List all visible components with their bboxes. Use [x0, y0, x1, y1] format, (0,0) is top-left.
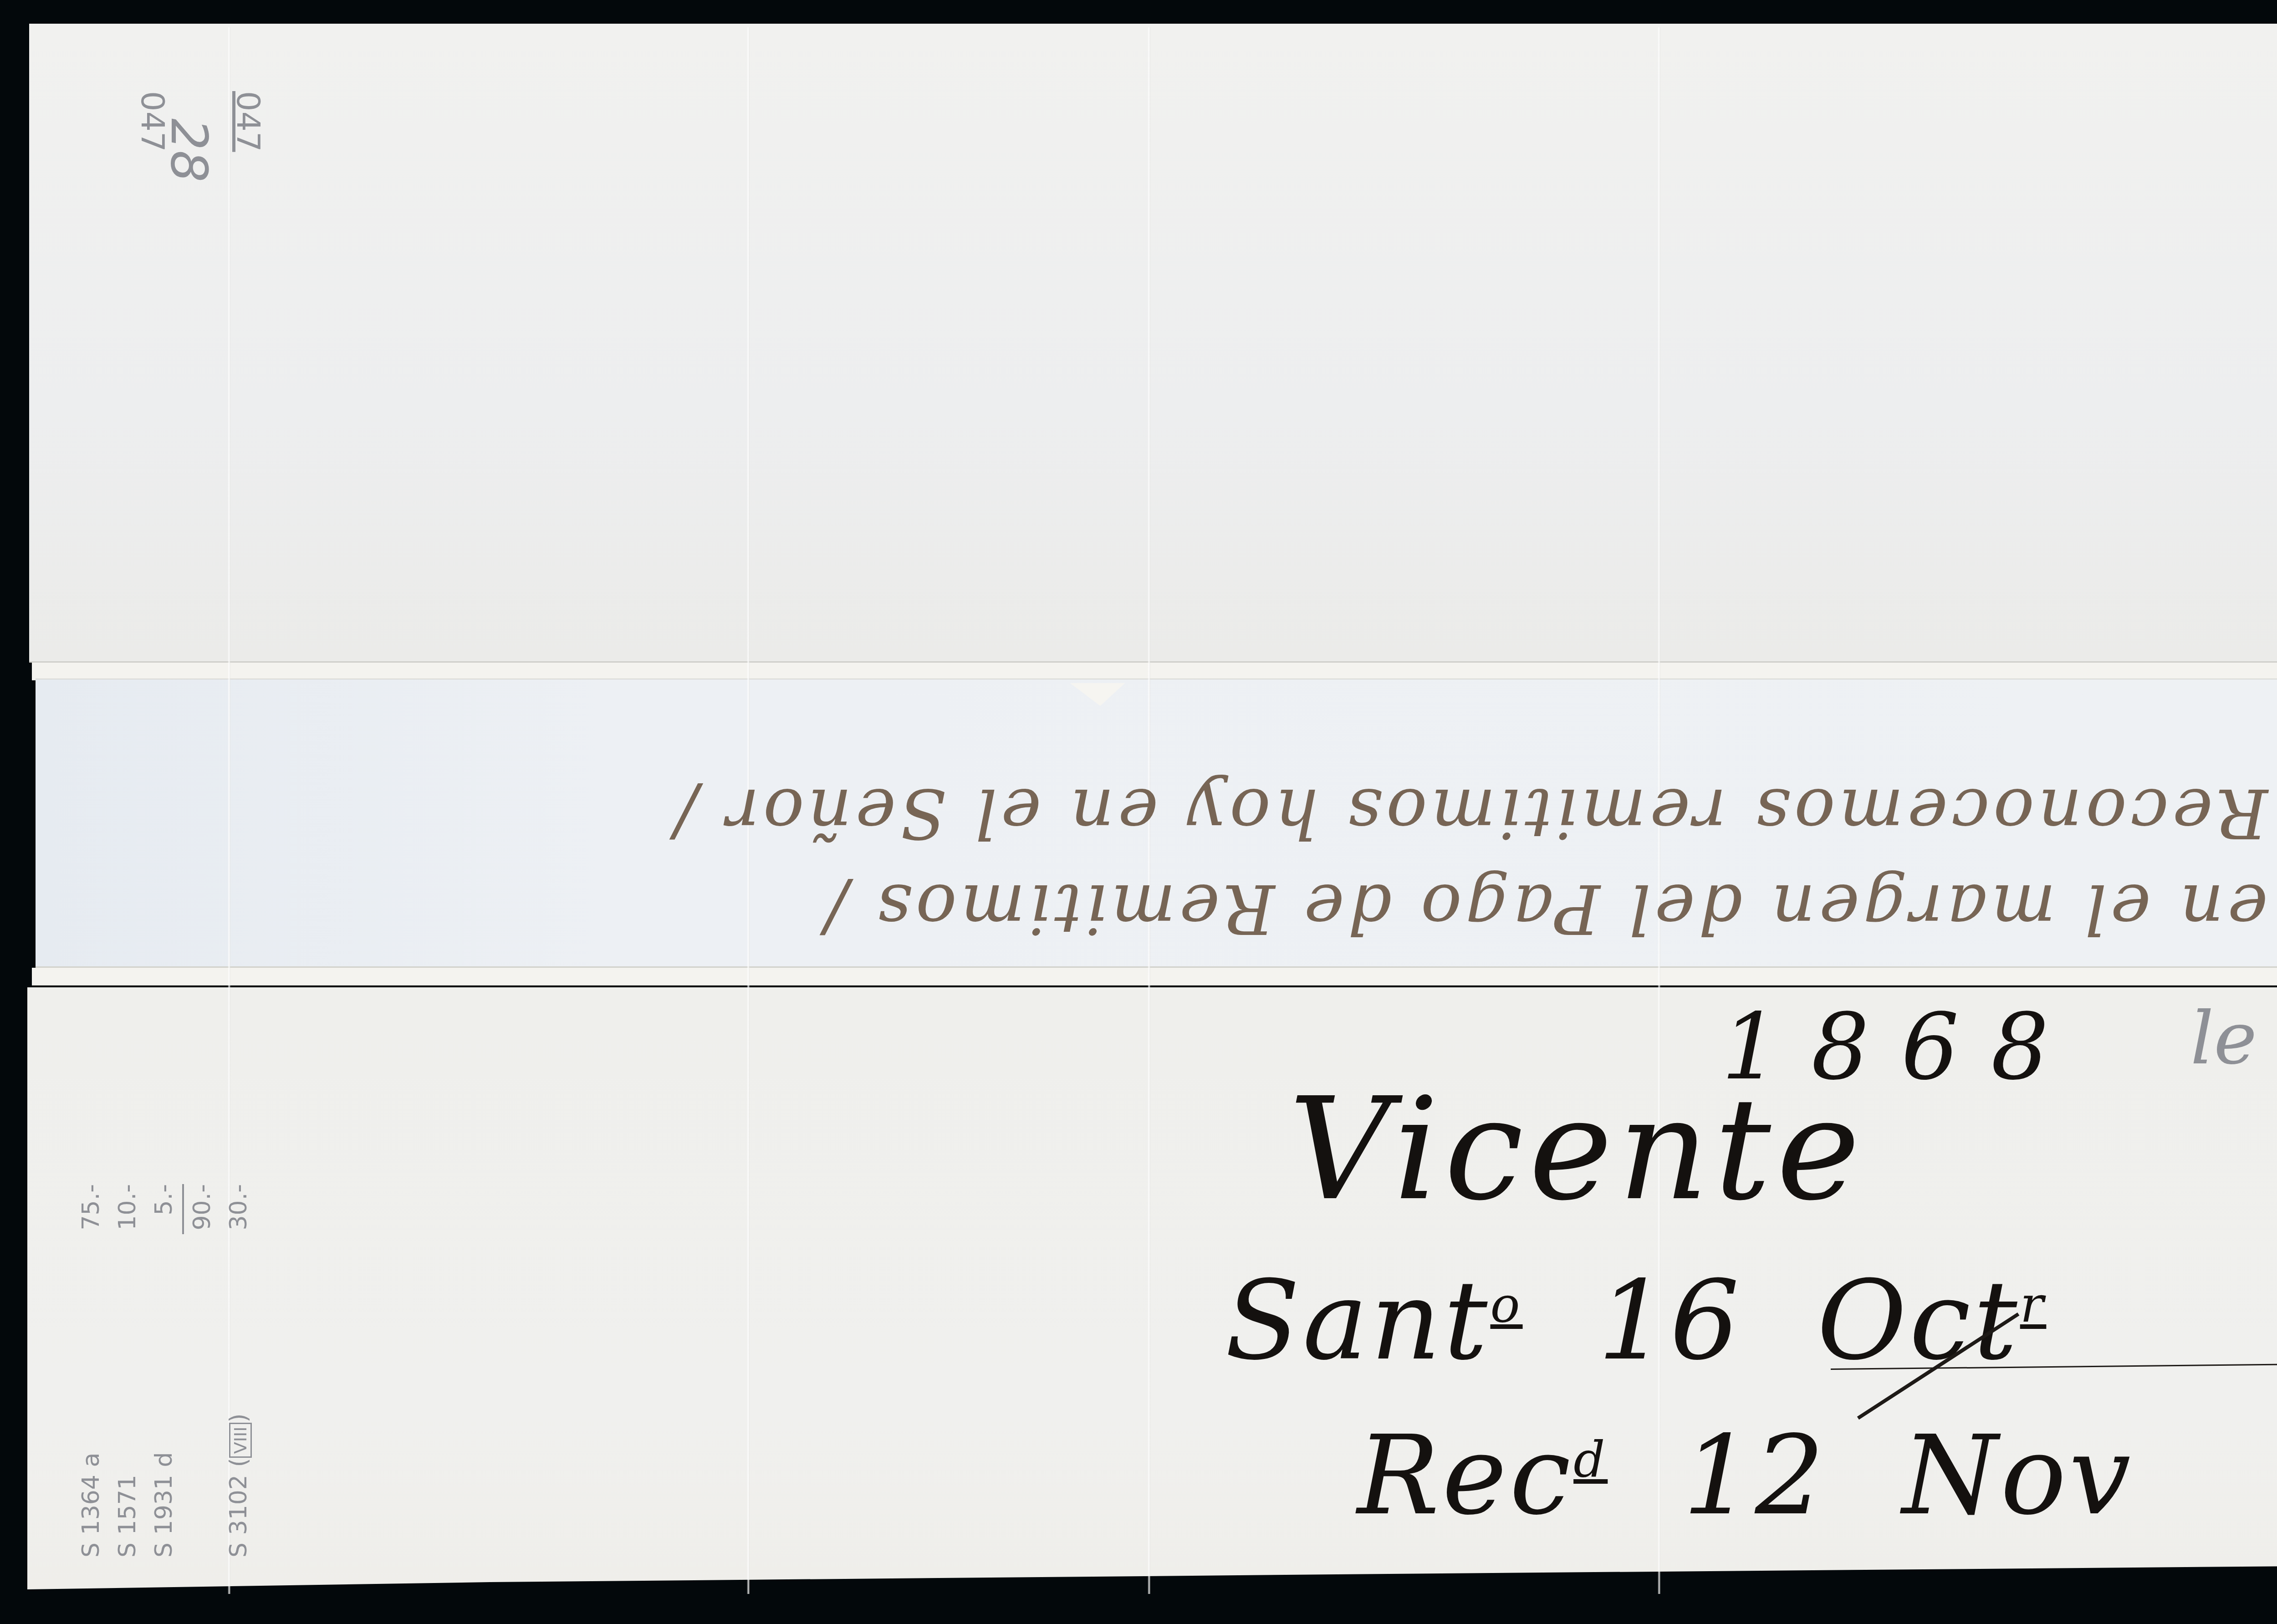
catalog-row: S 1364 a 75.-	[73, 1184, 109, 1558]
pencil-reference-line2: 047	[137, 91, 168, 152]
catalog-amount: 5.-	[146, 1184, 182, 1234]
catalog-amount: 10.-	[109, 1184, 146, 1234]
docket-received-month: Nov	[1902, 1412, 2134, 1539]
catalog-total: 90.-	[182, 1184, 220, 1234]
docket-sent-line: Santo 16 Octr	[1225, 1266, 2046, 1375]
docket-sent-label: Sant	[1225, 1257, 1491, 1384]
docket-received-suffix: d	[1573, 1431, 1608, 1488]
catalog-prefix: S	[77, 1542, 105, 1558]
catalog-prefix: S	[114, 1542, 141, 1558]
catalog-prefix: S	[150, 1542, 178, 1558]
catalog-number: 1571	[114, 1475, 141, 1535]
docket-received-label: Rec	[1357, 1412, 1573, 1539]
docket-received-day: 12	[1683, 1412, 1827, 1539]
catalog-row: S 1931 d 5.-	[146, 1184, 182, 1558]
inverted-text-line: en el margen del Pago de Remitimos /	[46, 861, 2277, 956]
catalog-prefix: S	[225, 1542, 252, 1558]
catalog-number: 1931 d	[150, 1452, 178, 1535]
pencil-corner-mark: le	[2190, 1002, 2257, 1075]
inverted-letter-text: en el margen del Pago de Remitimos / Rec…	[46, 683, 2277, 956]
inverted-text-line: Reconocemos remitimos hoy en el Señor /	[46, 765, 2277, 861]
pencil-catalog-notes: S 1364 a 75.- S 1571 10.- S 1931 d 5.- 9…	[73, 1184, 259, 1558]
pencil-reference: 047 047	[105, 91, 328, 152]
catalog-total-row: 90.-	[182, 1184, 220, 1558]
catalog-number: 1364 a	[77, 1453, 105, 1535]
catalog-variant: VIII	[229, 1423, 252, 1458]
docket-received-line: Recd 12 Nov	[1357, 1421, 2134, 1530]
pencil-reference-line1: 047	[232, 91, 264, 152]
docket-sent-suffix: o	[1491, 1277, 1523, 1333]
catalog-amount: 30.-	[220, 1184, 259, 1234]
catalog-amount: 75.-	[73, 1184, 109, 1234]
catalog-number: 3102	[225, 1475, 252, 1535]
docket-sent-month: Oct	[1817, 1257, 2020, 1384]
docket-correspondent: Vicente	[1289, 1079, 1865, 1221]
docket-sent-day: 16	[1598, 1257, 1742, 1384]
catalog-row: S 3102 (VIII) 30.-	[220, 1184, 259, 1558]
docket-sent-month-suffix: r	[2020, 1277, 2047, 1333]
fold-edge-lower	[32, 968, 2277, 986]
letter-top-panel	[29, 24, 2277, 663]
catalog-row: S 1571 10.-	[109, 1184, 146, 1558]
fold-edge-upper	[32, 663, 2277, 680]
